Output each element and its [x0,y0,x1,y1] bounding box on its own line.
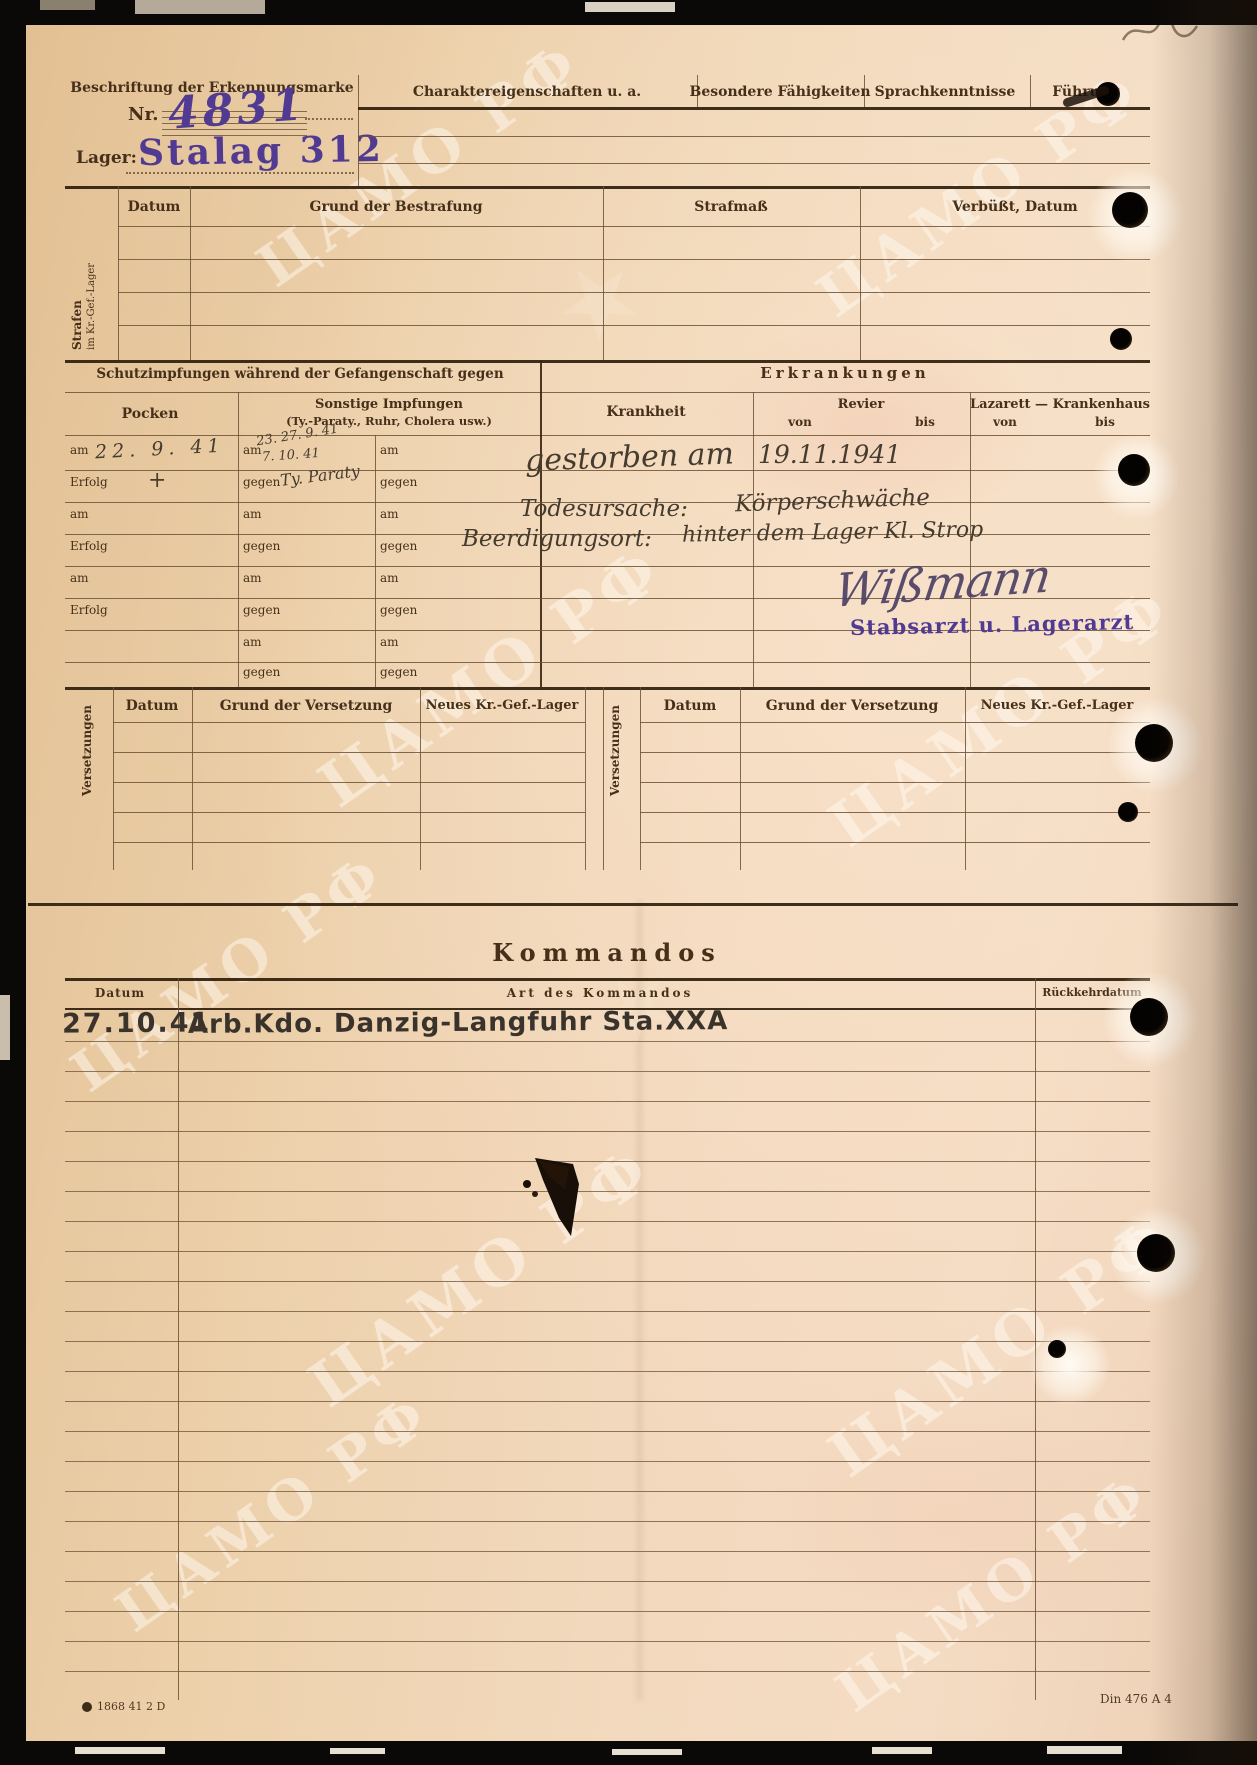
scan-edge-chip [612,1749,682,1755]
death-cause-value-handwritten: Körperschwäche [735,485,931,518]
death-cause-label-handwritten: Todesursache: [520,496,688,522]
print-code-text: 1868 41 2 D [97,1700,165,1713]
pocken-erfolg-3: Erfolg [70,603,108,617]
pocken-erfolg-1: Erfolg [70,475,108,489]
transfers-left-col-date: Datum [126,698,179,714]
punch-hole [1110,328,1132,350]
pocken-erfolg-2: Erfolg [70,539,108,553]
transfers-side-label-left: Versetzungen [80,705,94,855]
col-language-skills: Sprachkenntnisse [875,84,1016,100]
lager-value-stamp: Stalag 312 [138,128,385,174]
burial-label-handwritten: Beerdigungsort: [462,526,652,552]
scan-edge-chip [585,2,675,12]
din-format-code: Din 476 A 4 [1100,1692,1172,1706]
kommandos-col-date: Datum [95,986,145,1000]
printer-mark-icon [82,1702,92,1712]
other2-gegen-1: gegen [380,475,417,489]
other2-am-4: am [380,635,399,649]
illnesses-lazarett-bis: bis [1095,415,1115,429]
other2-gegen-2: gegen [380,539,417,553]
pocken-am-1: am [70,443,89,457]
scan-edge-chip [40,0,95,10]
scan-edge-chip [1047,1746,1122,1754]
tag-nr-label: Nr. [128,104,159,125]
transfers-right-col-date: Datum [664,698,717,714]
scan-edge-chip [135,0,265,14]
transfers-side-label-right: Versetzungen [608,705,622,855]
transfers-left-col-newcamp: Neues Kr.-Gef.-Lager [426,698,579,713]
other1-gegen-4: gegen [243,665,280,679]
pocken-result-handwritten: + [148,468,166,493]
col-special-abilities: Besondere Fähigkeiten [689,84,870,100]
kommandos-col-type: Art des Kommandos [507,986,694,1000]
other2-gegen-3: gegen [380,603,417,617]
punch-hole [1048,1340,1066,1358]
other-against-handwritten: Ty. Paraty [279,461,361,490]
other1-am-3: am [243,571,262,585]
scan-edge-left [0,0,26,1765]
punishments-col-measure: Strafmaß [694,199,768,215]
other1-gegen-3: gegen [243,603,280,617]
punch-hole [1112,192,1148,228]
punch-hole [1118,802,1138,822]
punishments-side-label: Strafen im Kr.-Gef.-Lager [70,215,97,350]
pocken-am-2: am [70,507,89,521]
other1-am-2: am [243,507,262,521]
other1-gegen-2: gegen [243,539,280,553]
vaccinations-title: Schutzimpfungen während der Gefangenscha… [96,366,503,382]
illnesses-lazarett-von: von [993,415,1017,429]
punishments-side-label-1: Strafen [70,215,84,350]
transfers-side-label-right-text: Versetzungen [608,705,622,796]
other2-am-2: am [380,507,399,521]
illnesses-col-lazarett: Lazarett — Krankenhaus [970,397,1150,412]
other-date2-handwritten: 7. 10. 41 [262,446,321,465]
ink-blot [505,1140,605,1260]
illnesses-revier-von: von [788,415,812,429]
transfers-right-col-newcamp: Neues Kr.-Gef.-Lager [981,698,1134,713]
illnesses-col-revier: Revier [838,397,885,412]
illness-death-date-handwritten: 19.11.1941 [758,440,901,469]
transfers-side-label-left-text: Versetzungen [80,705,94,796]
punishments-side-label-2: im Kr.-Gef.-Lager [86,215,97,350]
kommandos-ruled-lines [65,1012,1150,1693]
scan-edge-chip [330,1748,385,1754]
pocken-am-3: am [70,571,89,585]
burial-value-handwritten: hinter dem Lager Kl. Strop [682,517,984,547]
other2-gegen-4: gegen [380,665,417,679]
punch-hole [1118,454,1150,486]
print-code: 1868 41 2 D [82,1700,165,1713]
col-character-traits: Charaktereigenschaften u. a. [413,84,641,100]
kommandos-title: Kommandos [492,938,721,967]
scan-edge-chip [872,1747,932,1754]
stabsarzt-stamp: Stabsarzt u. Lagerarzt [850,609,1135,640]
transfers-right-col-reason: Grund der Versetzung [766,698,939,714]
punishments-col-reason: Grund der Bestrafung [309,199,482,215]
illnesses-revier-bis: bis [915,415,935,429]
scan-edge-right-shadow [1150,0,1257,1765]
other2-am-3: am [380,571,399,585]
illness-disease-handwritten: gestorben am [524,436,734,478]
other2-am-1: am [380,443,399,457]
punishments-col-date: Datum [128,199,181,215]
transfers-left-col-reason: Grund der Versetzung [220,698,393,714]
punch-hole [1135,724,1173,762]
punch-hole [1130,998,1168,1036]
doctor-signature-handwritten: Wißmann [831,548,1053,618]
other1-gegen-1: gegen [243,475,280,489]
vaccinations-col-other-line1: Sonstige Impfungen [315,397,463,412]
pow-card-back-page: ЦАМО РФ ЦАМО РФ ★ ЦАМО РФ ЦАМО РФ ЦАМО Р… [0,0,1257,1765]
illnesses-title: Erkrankungen [760,364,929,382]
illnesses-col-disease: Krankheit [606,404,685,420]
star-watermark: ★ [538,237,659,364]
punch-hole [1137,1234,1175,1272]
lager-label: Lager: [76,148,137,168]
scan-edge-chip [0,995,10,1060]
other1-am-4: am [243,635,262,649]
pocken-date-handwritten: 22. 9. 41 [95,435,226,464]
vaccinations-col-smallpox: Pocken [122,406,179,422]
scan-edge-chip [75,1747,165,1754]
punishments-col-served: Verbüßt, Datum [952,199,1077,215]
